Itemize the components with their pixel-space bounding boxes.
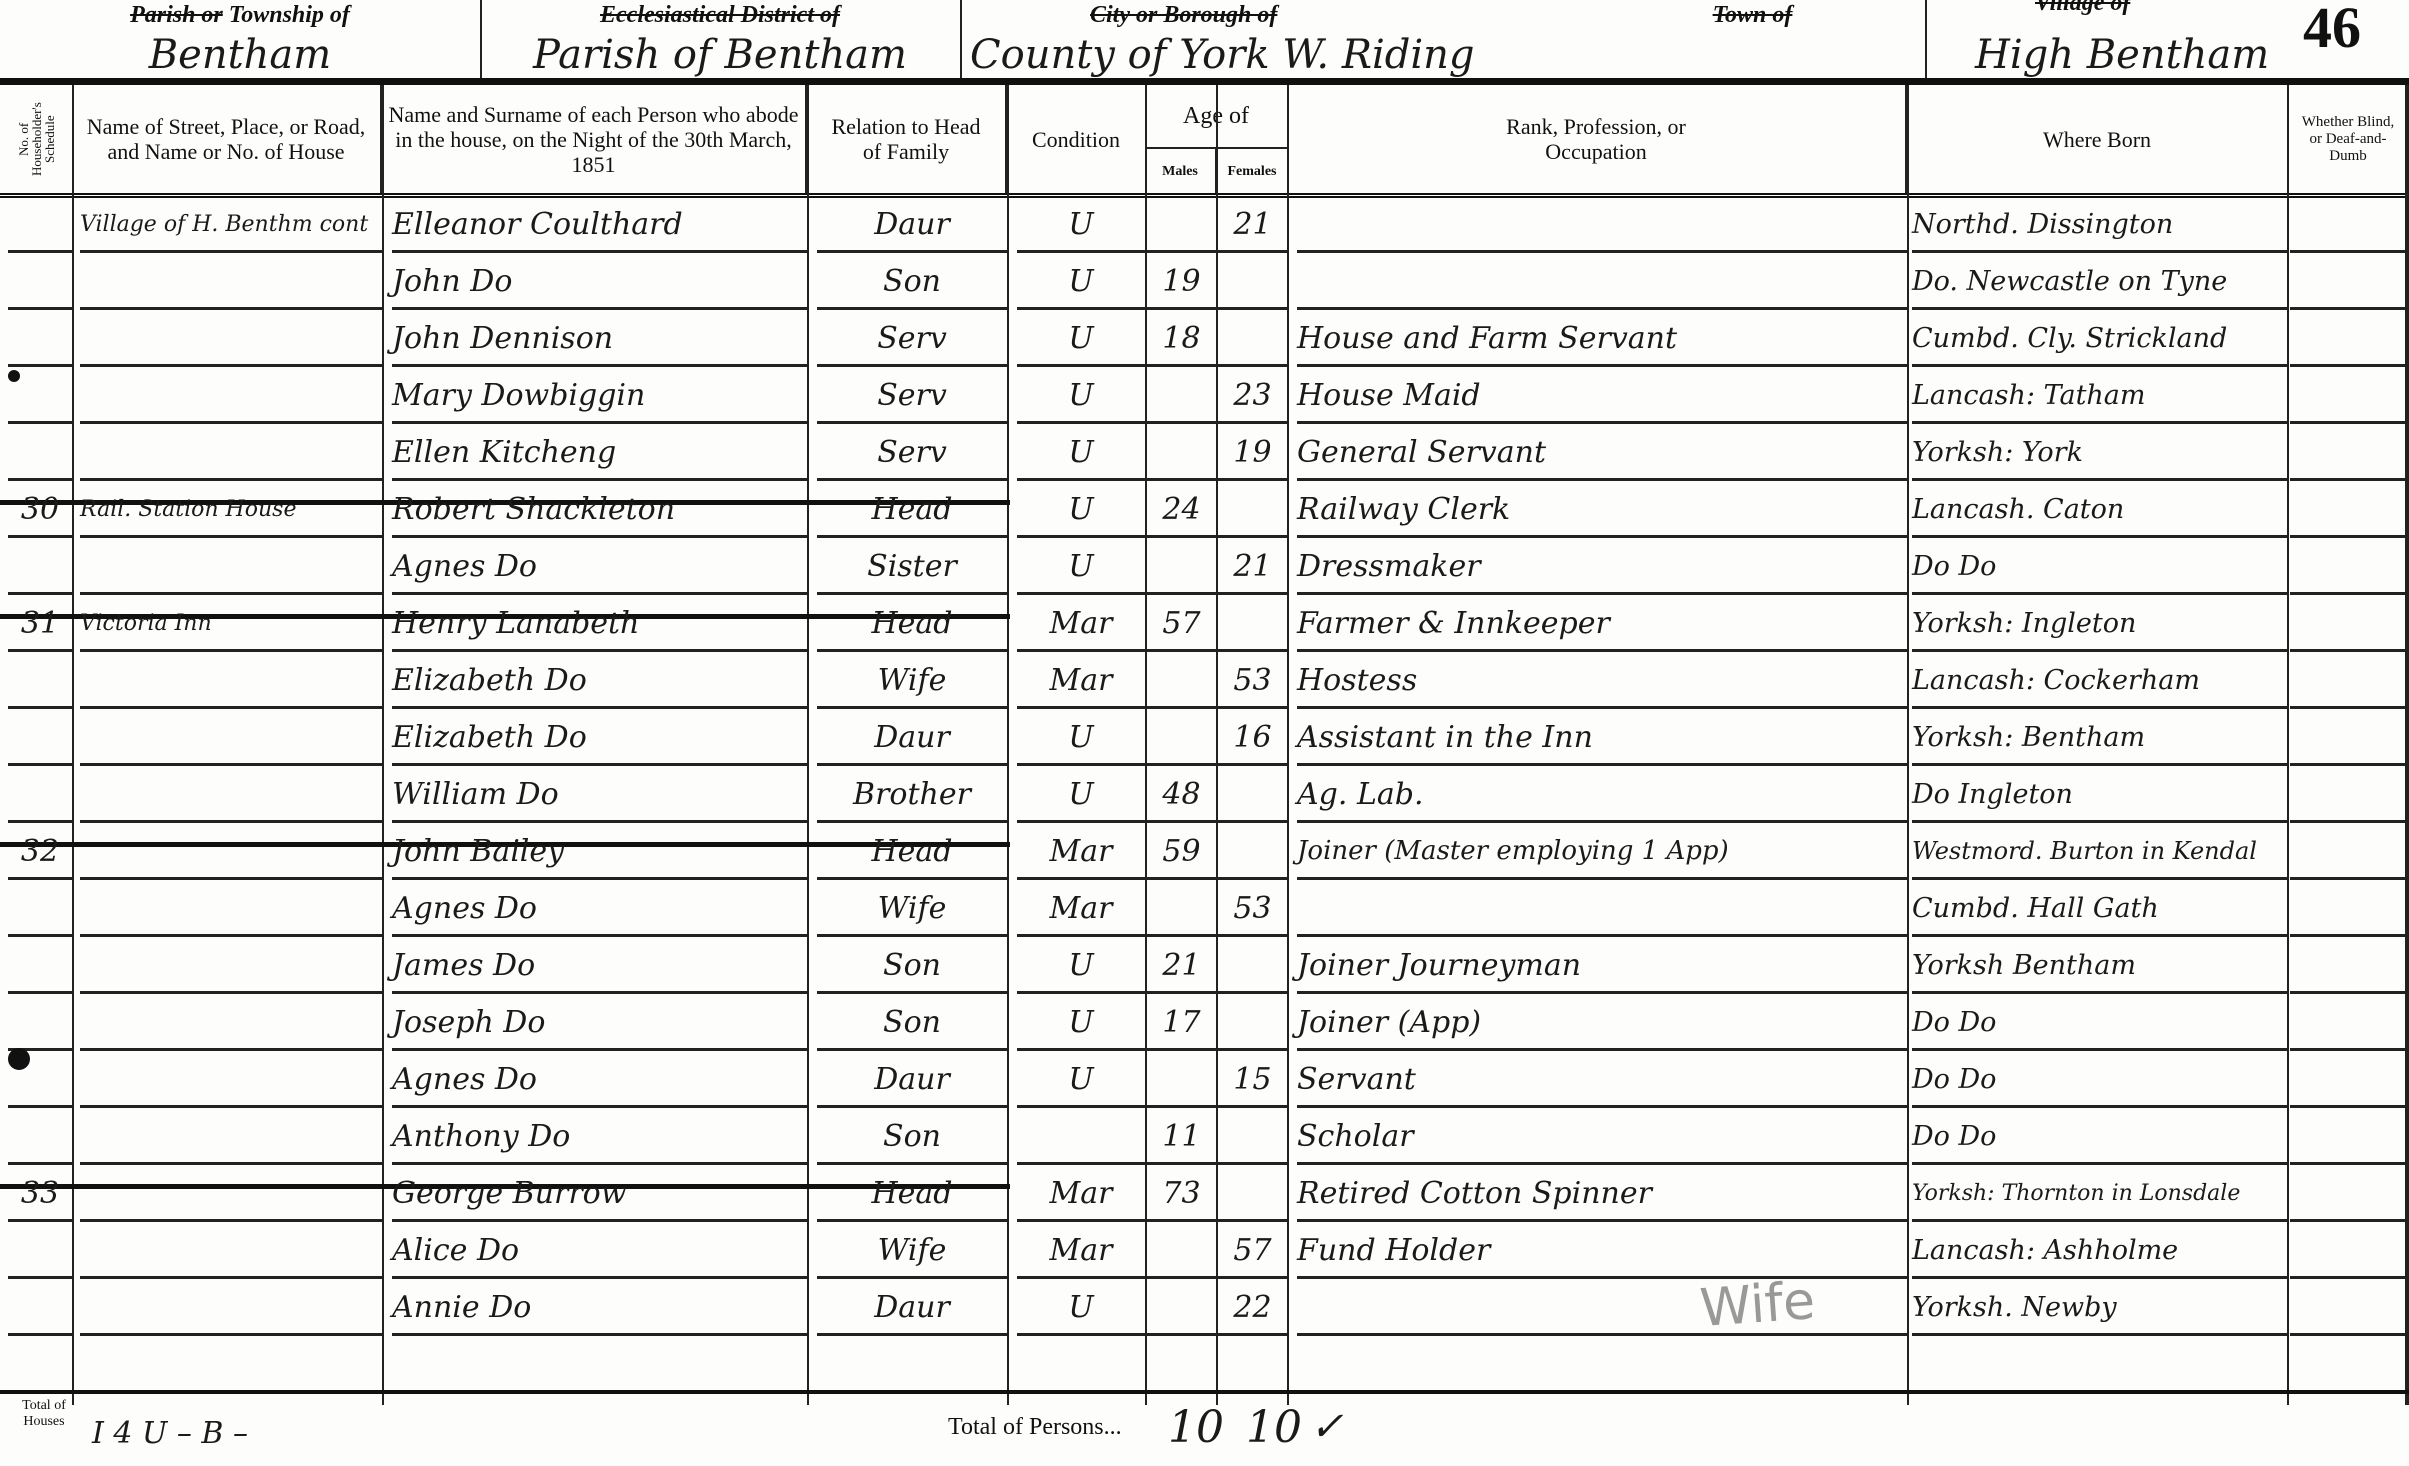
born-cell: Cumbd. Hall Gath: [1912, 880, 2287, 937]
female-age-cell: 23: [1218, 367, 1287, 424]
condition-cell: [1017, 1108, 1145, 1165]
born-cell: Do Do: [1912, 1051, 2287, 1108]
male-age-cell: 73: [1147, 1165, 1216, 1222]
schedule-cell: [8, 1108, 72, 1165]
blind-cell: [2290, 766, 2405, 823]
blind-cell: [2290, 538, 2405, 595]
female-age-cell: [1218, 310, 1287, 367]
blind-cell: [2290, 481, 2405, 538]
table-row: Agnes Do Wife Mar 53 Cumbd. Hall Gath: [0, 880, 2409, 937]
relation-cell: Son: [817, 253, 1007, 310]
born-cell: Cumbd. Cly. Strickland: [1912, 310, 2287, 367]
female-age-cell: [1218, 1108, 1287, 1165]
born-cell: Northd. Dissington: [1912, 196, 2287, 253]
condition-cell: U: [1017, 1279, 1145, 1336]
page-number: 46: [2303, 0, 2361, 61]
condition-cell: U: [1017, 538, 1145, 595]
blind-cell: [2290, 367, 2405, 424]
city-value: County of York W. Riding: [970, 32, 1580, 78]
table-row: John Dennison Serv U 18 House and Farm S…: [0, 310, 2409, 367]
male-age-cell: 19: [1147, 253, 1216, 310]
condition-cell: Mar: [1017, 1165, 1145, 1222]
male-age-cell: 11: [1147, 1108, 1216, 1165]
occupation-cell: Retired Cotton Spinner: [1297, 1165, 1907, 1222]
born-cell: Do Do: [1912, 1108, 2287, 1165]
relation-cell: Head: [817, 481, 1007, 538]
street-cell: Rail. Station House: [80, 481, 382, 538]
name-cell: Annie Do: [392, 1279, 807, 1336]
totals-row: Total of Houses I 4 U – B – Total of Per…: [0, 1390, 2409, 1466]
born-cell: Westmord. Burton in Kendal: [1912, 823, 2287, 880]
city-label: City or Borough of: [1090, 2, 1580, 29]
total-persons-label: Total of Persons...: [948, 1414, 1122, 1441]
name-cell: Ellen Kitcheng: [392, 424, 807, 481]
relation-cell: Daur: [817, 1051, 1007, 1108]
header-males: Males: [1145, 149, 1217, 193]
condition-cell: U: [1017, 709, 1145, 766]
female-age-cell: 21: [1218, 538, 1287, 595]
margin-mark: [8, 370, 20, 382]
schedule-cell: 33: [8, 1165, 72, 1222]
condition-cell: Mar: [1017, 823, 1145, 880]
street-cell: [80, 367, 382, 424]
header-females: Females: [1217, 149, 1287, 193]
pencil-annotation: Wife: [1698, 1271, 1817, 1339]
condition-cell: U: [1017, 994, 1145, 1051]
schedule-cell: [8, 253, 72, 310]
parish-label: Parish or Township of: [0, 2, 480, 29]
occupation-cell: [1297, 196, 1907, 253]
condition-cell: Mar: [1017, 880, 1145, 937]
street-cell: [80, 880, 382, 937]
blind-cell: [2290, 424, 2405, 481]
table-row: John Do Son U 19 Do. Newcastle on Tyne: [0, 253, 2409, 310]
male-age-cell: 21: [1147, 937, 1216, 994]
blind-cell: [2290, 994, 2405, 1051]
header-relation: Relation to Head of Family: [807, 85, 1007, 193]
relation-cell: Head: [817, 1165, 1007, 1222]
parish-value: Bentham: [0, 32, 480, 78]
name-cell: Agnes Do: [392, 538, 807, 595]
total-houses-value: I 4 U – B –: [92, 1416, 248, 1451]
name-cell: William Do: [392, 766, 807, 823]
city-cell: City or Borough of County of York W. Rid…: [960, 0, 1580, 78]
town-label: Town of: [1580, 2, 1925, 29]
male-age-cell: 18: [1147, 310, 1216, 367]
table-row: Ellen Kitcheng Serv U 19 General Servant…: [0, 424, 2409, 481]
condition-cell: Mar: [1017, 652, 1145, 709]
name-cell: John Dennison: [392, 310, 807, 367]
schedule-cell: [8, 310, 72, 367]
occupation-cell: Scholar: [1297, 1108, 1907, 1165]
born-cell: Yorksh: Thornton in Lonsdale: [1912, 1165, 2287, 1222]
ecclesiastical-label: Ecclesiastical District of: [480, 2, 960, 29]
condition-cell: U: [1017, 937, 1145, 994]
schedule-cell: [8, 538, 72, 595]
male-age-cell: 17: [1147, 994, 1216, 1051]
header-condition: Condition: [1007, 85, 1147, 193]
street-cell: [80, 310, 382, 367]
born-cell: Do Do: [1912, 538, 2287, 595]
born-cell: Yorksh Bentham: [1912, 937, 2287, 994]
name-cell: Elizabeth Do: [392, 709, 807, 766]
occupation-cell: Joiner Journeyman: [1297, 937, 1907, 994]
male-age-cell: [1147, 880, 1216, 937]
table-row: Alice Do Wife Mar 57 Fund Holder Lancash…: [0, 1222, 2409, 1279]
condition-cell: U: [1017, 481, 1145, 538]
occupation-cell: Hostess: [1297, 652, 1907, 709]
street-cell: [80, 1108, 382, 1165]
schedule-cell: [8, 1279, 72, 1336]
relation-cell: Son: [817, 937, 1007, 994]
occupation-cell: Dressmaker: [1297, 538, 1907, 595]
street-cell: [80, 766, 382, 823]
blind-cell: [2290, 652, 2405, 709]
street-cell: [80, 652, 382, 709]
female-age-cell: [1218, 1165, 1287, 1222]
blind-cell: [2290, 709, 2405, 766]
female-age-cell: 53: [1218, 880, 1287, 937]
occupation-cell: House and Farm Servant: [1297, 310, 1907, 367]
male-age-cell: [1147, 1222, 1216, 1279]
table-row: Agnes Do Daur U 15 Servant Do Do: [0, 1051, 2409, 1108]
table-row: 31 Victoria Inn Henry Lanabeth Head Mar …: [0, 595, 2409, 652]
born-cell: Lancash: Tatham: [1912, 367, 2287, 424]
town-cell: Town of: [1580, 0, 1927, 78]
street-cell: [80, 253, 382, 310]
male-age-cell: 59: [1147, 823, 1216, 880]
male-age-cell: [1147, 1279, 1216, 1336]
ecclesiastical-cell: Ecclesiastical District of Parish of Ben…: [480, 0, 962, 78]
check-mark-icon: ✓: [1310, 1404, 1344, 1450]
blind-cell: [2290, 196, 2405, 253]
condition-cell: U: [1017, 367, 1145, 424]
male-age-cell: [1147, 367, 1216, 424]
condition-cell: U: [1017, 766, 1145, 823]
name-cell: Alice Do: [392, 1222, 807, 1279]
name-cell: George Burrow: [392, 1165, 807, 1222]
blind-cell: [2290, 595, 2405, 652]
occupation-cell: House Maid: [1297, 367, 1907, 424]
condition-cell: U: [1017, 310, 1145, 367]
street-cell: [80, 1165, 382, 1222]
total-females: 10: [1246, 1402, 1302, 1453]
relation-cell: Son: [817, 994, 1007, 1051]
street-cell: [80, 937, 382, 994]
street-cell: [80, 424, 382, 481]
header-occupation: Rank, Profession, or Occupation: [1287, 85, 1907, 193]
female-age-cell: 16: [1218, 709, 1287, 766]
female-age-cell: [1218, 253, 1287, 310]
female-age-cell: 53: [1218, 652, 1287, 709]
female-age-cell: [1218, 937, 1287, 994]
schedule-cell: [8, 937, 72, 994]
relation-cell: Son: [817, 1108, 1007, 1165]
blind-cell: [2290, 823, 2405, 880]
name-cell: Henry Lanabeth: [392, 595, 807, 652]
schedule-cell: [8, 766, 72, 823]
table-row: Mary Dowbiggin Serv U 23 House Maid Lanc…: [0, 367, 2409, 424]
born-cell: Yorksh: Ingleton: [1912, 595, 2287, 652]
parish-cell: Parish or Township of Bentham: [0, 0, 482, 78]
relation-cell: Daur: [817, 709, 1007, 766]
relation-cell: Serv: [817, 310, 1007, 367]
name-cell: Elizabeth Do: [392, 652, 807, 709]
relation-cell: Serv: [817, 424, 1007, 481]
born-cell: Do. Newcastle on Tyne: [1912, 253, 2287, 310]
header-blind: Whether Blind, or Deaf-and-Dumb: [2287, 85, 2409, 193]
female-age-cell: 21: [1218, 196, 1287, 253]
table-row: Elizabeth Do Daur U 16 Assistant in the …: [0, 709, 2409, 766]
condition-cell: U: [1017, 253, 1145, 310]
street-cell: [80, 823, 382, 880]
female-age-cell: 19: [1218, 424, 1287, 481]
schedule-cell: 32: [8, 823, 72, 880]
schedule-cell: 30: [8, 481, 72, 538]
female-age-cell: [1218, 481, 1287, 538]
blind-cell: [2290, 310, 2405, 367]
female-age-cell: 57: [1218, 1222, 1287, 1279]
male-age-cell: [1147, 424, 1216, 481]
schedule-cell: [8, 1222, 72, 1279]
occupation-cell: General Servant: [1297, 424, 1907, 481]
census-page: Parish or Township of Bentham Ecclesiast…: [0, 0, 2409, 1466]
schedule-cell: [8, 709, 72, 766]
occupation-cell: Farmer & Innkeeper: [1297, 595, 1907, 652]
born-cell: Yorksh: York: [1912, 424, 2287, 481]
born-cell: Do Do: [1912, 994, 2287, 1051]
schedule-cell: [8, 880, 72, 937]
male-age-cell: [1147, 709, 1216, 766]
occupation-cell: [1297, 253, 1907, 310]
occupation-cell: Joiner (App): [1297, 994, 1907, 1051]
born-cell: Yorksh. Newby: [1912, 1279, 2287, 1336]
street-cell: [80, 1279, 382, 1336]
blind-cell: [2290, 880, 2405, 937]
table-row: William Do Brother U 48 Ag. Lab. Do Ingl…: [0, 766, 2409, 823]
male-age-cell: 48: [1147, 766, 1216, 823]
name-cell: James Do: [392, 937, 807, 994]
total-houses-label: Total of Houses: [14, 1398, 74, 1430]
header-street: Name of Street, Place, or Road, and Name…: [72, 85, 382, 193]
born-cell: Lancash. Caton: [1912, 481, 2287, 538]
occupation-cell: [1297, 880, 1907, 937]
name-cell: Agnes Do: [392, 880, 807, 937]
table-row: Agnes Do Sister U 21 Dressmaker Do Do: [0, 538, 2409, 595]
table-row: 30 Rail. Station House Robert Shackleton…: [0, 481, 2409, 538]
name-cell: Anthony Do: [392, 1108, 807, 1165]
name-cell: John Bailey: [392, 823, 807, 880]
born-cell: Lancash: Ashholme: [1912, 1222, 2287, 1279]
street-cell: Victoria Inn: [80, 595, 382, 652]
name-cell: Joseph Do: [392, 994, 807, 1051]
male-age-cell: [1147, 196, 1216, 253]
header-where-born: Where Born: [1907, 85, 2289, 193]
street-cell: [80, 709, 382, 766]
name-cell: Robert Shackleton: [392, 481, 807, 538]
female-age-cell: 15: [1218, 1051, 1287, 1108]
born-cell: Lancash: Cockerham: [1912, 652, 2287, 709]
occupation-cell: Fund Holder: [1297, 1222, 1907, 1279]
blind-cell: [2290, 1222, 2405, 1279]
street-cell: [80, 1222, 382, 1279]
schedule-cell: [8, 652, 72, 709]
relation-cell: Daur: [817, 196, 1007, 253]
schedule-cell: [8, 196, 72, 253]
occupation-cell: Servant: [1297, 1051, 1907, 1108]
total-males: 10: [1168, 1402, 1224, 1453]
occupation-cell: Ag. Lab.: [1297, 766, 1907, 823]
male-age-cell: [1147, 1051, 1216, 1108]
female-age-cell: [1218, 823, 1287, 880]
blind-cell: [2290, 1108, 2405, 1165]
table-row: Elizabeth Do Wife Mar 53 Hostess Lancash…: [0, 652, 2409, 709]
schedule-cell: [8, 994, 72, 1051]
condition-cell: Mar: [1017, 1222, 1145, 1279]
name-cell: Elleanor Coulthard: [392, 196, 807, 253]
table-row: Village of H. Benthm cont Elleanor Coult…: [0, 196, 2409, 253]
name-cell: Mary Dowbiggin: [392, 367, 807, 424]
relation-cell: Brother: [817, 766, 1007, 823]
relation-cell: Wife: [817, 1222, 1007, 1279]
occupation-cell: Railway Clerk: [1297, 481, 1907, 538]
table-row: Annie Do Daur U 22 Yorksh. Newby: [0, 1279, 2409, 1336]
header-name: Name and Surname of each Person who abod…: [382, 85, 807, 193]
female-age-cell: [1218, 994, 1287, 1051]
street-cell: [80, 538, 382, 595]
male-age-cell: [1147, 538, 1216, 595]
condition-cell: U: [1017, 196, 1145, 253]
table-row: James Do Son U 21 Joiner Journeyman York…: [0, 937, 2409, 994]
relation-cell: Daur: [817, 1279, 1007, 1336]
condition-cell: Mar: [1017, 595, 1145, 652]
ecclesiastical-value: Parish of Bentham: [480, 32, 960, 78]
relation-cell: Wife: [817, 652, 1007, 709]
blind-cell: [2290, 1279, 2405, 1336]
relation-cell: Sister: [817, 538, 1007, 595]
street-cell: [80, 994, 382, 1051]
blind-cell: [2290, 1051, 2405, 1108]
male-age-cell: [1147, 652, 1216, 709]
occupation-cell: Joiner (Master employing 1 App): [1297, 823, 1907, 880]
condition-cell: U: [1017, 1051, 1145, 1108]
street-cell: [80, 1051, 382, 1108]
table-row: Anthony Do Son 11 Scholar Do Do: [0, 1108, 2409, 1165]
schedule-cell: 31: [8, 595, 72, 652]
column-headers: No. of Householder's Schedule Name of St…: [0, 85, 2409, 198]
female-age-cell: 22: [1218, 1279, 1287, 1336]
table-row: 33 George Burrow Head Mar 73 Retired Cot…: [0, 1165, 2409, 1222]
blind-cell: [2290, 937, 2405, 994]
born-cell: Yorksh: Bentham: [1912, 709, 2287, 766]
district-header: Parish or Township of Bentham Ecclesiast…: [0, 0, 2409, 85]
blind-cell: [2290, 253, 2405, 310]
name-cell: Agnes Do: [392, 1051, 807, 1108]
table-row: Joseph Do Son U 17 Joiner (App) Do Do: [0, 994, 2409, 1051]
relation-cell: Wife: [817, 880, 1007, 937]
binding-hole: [8, 1048, 30, 1070]
relation-cell: Head: [817, 595, 1007, 652]
male-age-cell: 24: [1147, 481, 1216, 538]
occupation-cell: Assistant in the Inn: [1297, 709, 1907, 766]
name-cell: John Do: [392, 253, 807, 310]
header-schedule-no: No. of Householder's Schedule: [0, 85, 74, 193]
female-age-cell: [1218, 766, 1287, 823]
condition-cell: U: [1017, 424, 1145, 481]
female-age-cell: [1218, 595, 1287, 652]
born-cell: Do Ingleton: [1912, 766, 2287, 823]
table-row: 32 John Bailey Head Mar 59 Joiner (Maste…: [0, 823, 2409, 880]
relation-cell: Head: [817, 823, 1007, 880]
street-cell: Village of H. Benthm cont: [80, 196, 382, 253]
relation-cell: Serv: [817, 367, 1007, 424]
male-age-cell: 57: [1147, 595, 1216, 652]
blind-cell: [2290, 1165, 2405, 1222]
schedule-cell: [8, 424, 72, 481]
